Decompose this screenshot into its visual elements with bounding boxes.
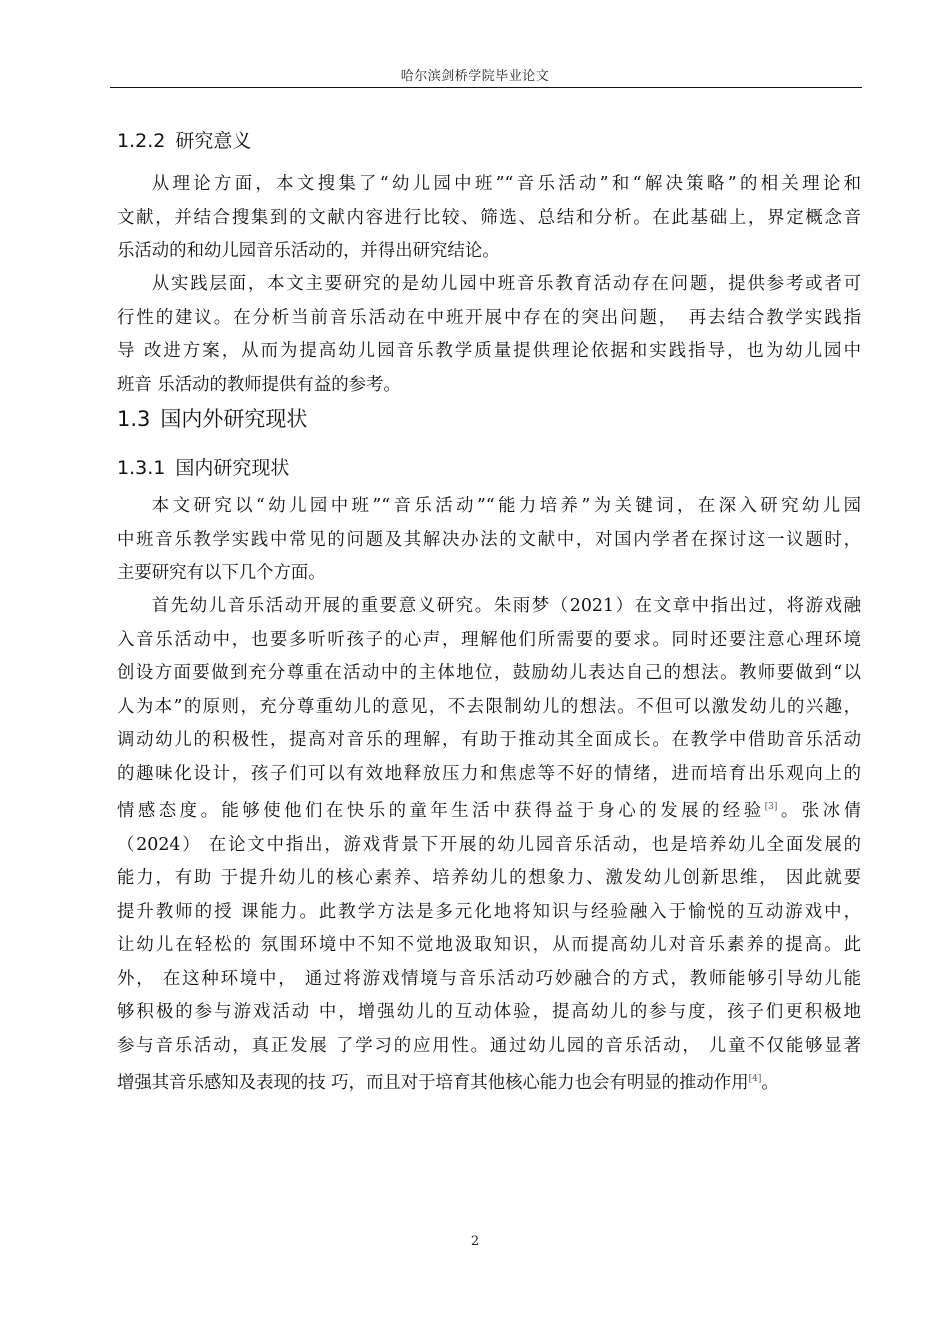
- section-heading-1-2-2: 1.2.2研究意义: [117, 126, 251, 153]
- paragraph-theory: 从理论方面，本文搜集了“幼儿园中班”“音乐活动”和“解决策略”的相关理论和 文献…: [117, 168, 861, 269]
- text-line: 创设方面要做到充分尊重在活动中的主体地位，鼓励幼儿表达自己的想法。教师要做到“以: [117, 657, 861, 691]
- text-line: 入音乐活动中，也要多听听孩子的心声，理解他们所需要的要求。同时还要注意心理环境: [117, 624, 861, 658]
- text-line: 提升教师的授 课能力。此教学方法是多元化地将知识与经验融入于愉悦的互动游戏中，: [117, 896, 861, 930]
- citation-3[interactable]: [3]: [765, 802, 778, 812]
- text-line: 能力，有助 于提升幼儿的核心素养、培养幼儿的想象力、激发幼儿创新思维， 因此就要: [117, 862, 861, 896]
- text-line: 班音 乐活动的教师提供有益的参考。: [117, 369, 861, 403]
- text-line: 从实践层面，本文主要研究的是幼儿园中班音乐教育活动存在问题，提供参考或者可: [117, 268, 861, 302]
- text-line: 让幼儿在轻松的 氛围环境中不知不觉地汲取知识，从而提高幼儿对音乐素养的提高。此: [117, 929, 861, 963]
- text-line: 人为本”的原则，充分尊重幼儿的意见，不去限制幼儿的想法。不但可以激发幼儿的兴趣，: [117, 691, 861, 725]
- text-line: 首先幼儿音乐活动开展的重要意义研究。朱雨梦（2021）在文章中指出过，将游戏融: [117, 590, 861, 624]
- text-line-with-citation: 增强其音乐感知及表现的技 巧，而且对于培育其他核心能力也会有明显的推动作用[4]…: [117, 1063, 861, 1101]
- section-number: 1.3.1: [117, 457, 165, 479]
- text-line: 乐活动的和幼儿园音乐活动的，并得出研究结论。: [117, 235, 861, 269]
- section-number: 1.2.2: [117, 130, 165, 152]
- section-heading-1-3: 1.3国内外研究现状: [117, 403, 307, 433]
- text-line: 够积极的参与游戏活动 中，增强幼儿的互动体验，提高幼儿的参与度，孩子们更积极地: [117, 996, 861, 1030]
- text-segment: 。张冰倩: [777, 801, 861, 821]
- text-line: 行性的建议。在分析当前音乐活动在中班开展中存在的突出问题， 再去结合教学实践指: [117, 302, 861, 336]
- text-line: 导 改进方案，从而为提高幼儿园音乐教学质量提供理论依据和实践指导，也为幼儿园中: [117, 335, 861, 369]
- text-segment: 。: [761, 1073, 778, 1093]
- section-title: 研究意义: [175, 130, 251, 152]
- text-line-with-citation: 情感态度。能够使他们在快乐的童年生活中获得益于身心的发展的经验[3]。张冰倩: [117, 791, 861, 829]
- page-number: 2: [0, 1234, 950, 1249]
- text-segment: 情感态度。能够使他们在快乐的童年生活中获得益于身心的发展的经验: [117, 801, 765, 821]
- text-line: 从理论方面，本文搜集了“幼儿园中班”“音乐活动”和“解决策略”的相关理论和: [117, 168, 861, 202]
- text-line: 本文研究以“幼儿园中班”“音乐活动”“能力培养”为关键词，在深入研究幼儿园: [117, 490, 861, 524]
- paragraph-practice: 从实践层面，本文主要研究的是幼儿园中班音乐教育活动存在问题，提供参考或者可 行性…: [117, 268, 861, 402]
- paragraph-keywords: 本文研究以“幼儿园中班”“音乐活动”“能力培养”为关键词，在深入研究幼儿园 中班…: [117, 490, 861, 591]
- text-line: 中班音乐教学实践中常见的问题及其解决办法的文献中，对国内学者在探讨这一议题时，: [117, 524, 861, 558]
- section-title: 国内外研究现状: [160, 407, 307, 431]
- paragraph-significance: 首先幼儿音乐活动开展的重要意义研究。朱雨梦（2021）在文章中指出过，将游戏融 …: [117, 590, 861, 1101]
- citation-4[interactable]: [4]: [749, 1074, 762, 1084]
- text-line: （2024） 在论文中指出，游戏背景下开展的幼儿园音乐活动，也是培养幼儿全面发展…: [117, 829, 861, 863]
- text-line: 文献，并结合搜集到的文献内容进行比较、筛选、总结和分析。在此基础上，界定概念音: [117, 202, 861, 236]
- header-divider: [110, 87, 862, 88]
- text-line: 参与音乐活动，真正发展 了学习的应用性。通过幼儿园的音乐活动， 儿童不仅能够显著: [117, 1030, 861, 1064]
- section-title: 国内研究现状: [175, 457, 289, 479]
- header-title: 哈尔滨剑桥学院毕业论文: [0, 65, 950, 84]
- section-heading-1-3-1: 1.3.1国内研究现状: [117, 453, 289, 480]
- text-line: 的趣味化设计，孩子们可以有效地释放压力和焦虑等不好的情绪，进而培育出乐观向上的: [117, 758, 861, 792]
- text-line: 主要研究有以下几个方面。: [117, 557, 861, 591]
- text-segment: 增强其音乐感知及表现的技 巧，而且对于培育其他核心能力也会有明显的推动作用: [117, 1073, 749, 1093]
- text-line: 外， 在这种环境中， 通过将游戏情境与音乐活动巧妙融合的方式，教师能够引导幼儿能: [117, 963, 861, 997]
- section-number: 1.3: [117, 407, 150, 431]
- text-line: 调动幼儿的积极性，提高对音乐的理解，有助于推动其全面成长。在教学中借助音乐活动: [117, 724, 861, 758]
